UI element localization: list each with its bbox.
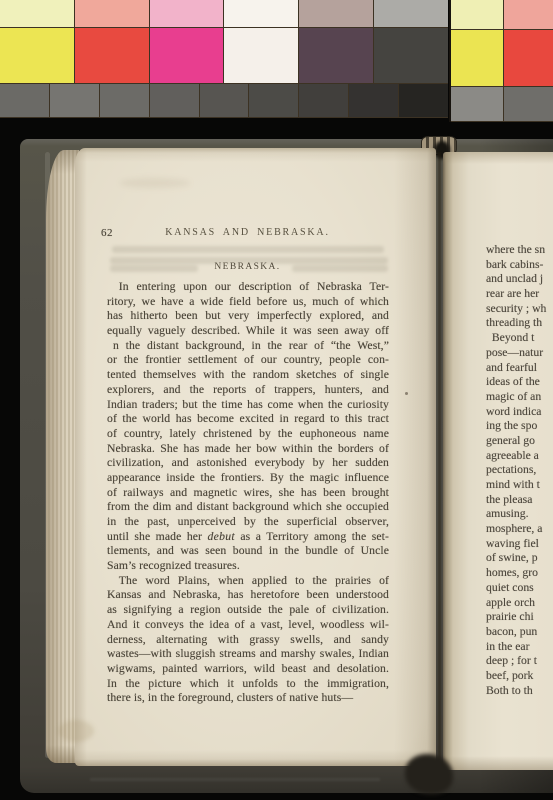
gray-step bbox=[200, 84, 249, 117]
paper-stain bbox=[58, 720, 94, 742]
ink-speck bbox=[405, 392, 408, 395]
text-line: ritory, we have a wide field before us, … bbox=[107, 295, 389, 310]
text-line-partial: mosphere, a bbox=[486, 522, 553, 537]
color-patch bbox=[299, 28, 373, 83]
text-line: wigwams, painted warriors, wild beast an… bbox=[107, 662, 389, 677]
text-line-partial: rear are her bbox=[486, 287, 553, 302]
text-line: of country, lately christened by the eup… bbox=[107, 427, 389, 442]
text-line-partial: threading th bbox=[486, 316, 553, 331]
cover-bottom-highlight bbox=[90, 778, 380, 781]
text-line: wastes—with sluggish streams and marshy … bbox=[107, 647, 389, 662]
color-patch bbox=[150, 0, 224, 27]
text-line: Nebraska. She has made her bow within th… bbox=[107, 442, 389, 457]
running-header: KANSAS AND NEBRASKA. bbox=[107, 227, 388, 238]
text-line-partial: Both to th bbox=[486, 684, 553, 699]
text-line: derness, alternating with grassy swells,… bbox=[107, 633, 389, 648]
text-line-partial: beef, pork bbox=[486, 669, 553, 684]
text-line: tlements, and was seen bound in the bund… bbox=[107, 544, 389, 559]
text-line-partial: quiet cons bbox=[486, 581, 553, 596]
text-line-partial: magic of an bbox=[486, 390, 553, 405]
paragraph-1-lines: In entering upon our description of Nebr… bbox=[107, 280, 389, 530]
section-heading: NEBRASKA. bbox=[107, 262, 388, 272]
color-patch bbox=[374, 28, 448, 83]
calibration-row-pale bbox=[0, 0, 448, 27]
calibration-grayscale bbox=[451, 87, 553, 121]
text-line-partial: waving fiel bbox=[486, 537, 553, 552]
color-patch bbox=[374, 0, 448, 27]
calibration-row-pale bbox=[451, 0, 553, 29]
text-line: appearance inside the frontiers. By the … bbox=[107, 471, 389, 486]
calibration-grayscale bbox=[0, 84, 448, 117]
right-page-body: where the snbark cabins-and unclad jrear… bbox=[486, 243, 553, 698]
text-line-partial: agreeable a bbox=[486, 449, 553, 464]
text-line-partial: amusing. bbox=[486, 507, 553, 522]
text-line-partial: the pleasa bbox=[486, 493, 553, 508]
color-patch bbox=[224, 28, 298, 83]
gray-step bbox=[249, 84, 298, 117]
color-patch bbox=[150, 28, 224, 83]
color-patch bbox=[451, 0, 503, 29]
text-run: until she made her bbox=[107, 530, 207, 543]
color-patch bbox=[224, 0, 298, 27]
text-line: of the world has become excited in regar… bbox=[107, 412, 389, 427]
text-line: Sam’s recognized treasures. bbox=[107, 559, 389, 574]
color-patch bbox=[0, 0, 74, 27]
color-patch bbox=[75, 0, 149, 27]
text-line: In the picture which it unfolds to the i… bbox=[107, 677, 389, 692]
text-line-partial: apple orch bbox=[486, 596, 553, 611]
gutter-crease bbox=[438, 152, 441, 764]
text-line: Kansas and Nebraska, has heretofore been… bbox=[107, 588, 389, 603]
text-line-partial: of swine, p bbox=[486, 551, 553, 566]
text-line-partial: Beyond t bbox=[486, 331, 553, 346]
text-line-partial: ing the spo bbox=[486, 419, 553, 434]
italic-word-debut: debut bbox=[207, 530, 234, 543]
text-line-partial: pectations, bbox=[486, 463, 553, 478]
gray-step bbox=[399, 84, 448, 117]
color-patch bbox=[451, 30, 503, 86]
text-line-partial: and fearful bbox=[486, 361, 553, 376]
text-line: civilization, and astonished everybody b… bbox=[107, 456, 389, 471]
text-line: n the distant background, in the rear of… bbox=[107, 339, 389, 354]
showthrough-ghost-line bbox=[112, 246, 384, 253]
text-line: from the dim and distant background whic… bbox=[107, 500, 389, 515]
text-run: as a Territory among the set- bbox=[235, 530, 389, 543]
color-patch bbox=[299, 0, 373, 27]
text-line-partial: word indica bbox=[486, 405, 553, 420]
text-line-partial: where the sn bbox=[486, 243, 553, 258]
color-patch bbox=[75, 28, 149, 83]
gray-step bbox=[50, 84, 99, 117]
gray-step bbox=[100, 84, 149, 117]
text-line-partial: bacon, pun bbox=[486, 625, 553, 640]
gray-step bbox=[150, 84, 199, 117]
text-line-partial: security ; wh bbox=[486, 302, 553, 317]
text-line-partial: ideas of the bbox=[486, 375, 553, 390]
text-line: as signifying a region outside the pale … bbox=[107, 603, 389, 618]
text-line: In entering upon our description of Nebr… bbox=[107, 280, 389, 295]
text-line: in the past, unperceived by the superfic… bbox=[107, 515, 389, 530]
text-line: equally vaguely described. While it was … bbox=[107, 324, 389, 339]
text-line: tented themselves with the random sketch… bbox=[107, 368, 389, 383]
paper-stain bbox=[120, 178, 190, 188]
text-line-partial: mind with t bbox=[486, 478, 553, 493]
gray-step bbox=[349, 84, 398, 117]
text-line-partial: pose—natur bbox=[486, 346, 553, 361]
color-patch bbox=[504, 30, 553, 86]
paragraph-2-lines: The word Plains, when applied to the pra… bbox=[107, 574, 389, 692]
calibration-target-secondary bbox=[449, 0, 553, 122]
text-line-partial: homes, gro bbox=[486, 566, 553, 581]
calibration-target-main bbox=[0, 0, 448, 118]
text-line-partial: prairie chi bbox=[486, 610, 553, 625]
gray-step bbox=[299, 84, 348, 117]
text-line: there is, in the foreground, clusters of… bbox=[107, 691, 389, 706]
color-patch bbox=[0, 28, 74, 83]
text-line-partial: bark cabins- bbox=[486, 258, 553, 273]
calibration-row-saturated bbox=[0, 28, 448, 83]
gray-step bbox=[0, 84, 49, 117]
text-line: Indian traders; but the time has come wh… bbox=[107, 398, 389, 413]
gutter-bottom-shadow bbox=[405, 754, 453, 794]
text-line-with-italic: until she made her debut as a Territory … bbox=[107, 530, 389, 545]
text-line: The word Plains, when applied to the pra… bbox=[107, 574, 389, 589]
text-line: explorers, and the reports of trappers, … bbox=[107, 383, 389, 398]
text-line: And it conveys the idea of a vast, level… bbox=[107, 618, 389, 633]
text-line: of railways and magnetic wires, she has … bbox=[107, 486, 389, 501]
color-patch bbox=[504, 0, 553, 29]
text-line-partial: and unclad j bbox=[486, 272, 553, 287]
gray-step bbox=[451, 87, 503, 121]
text-line: or the frontier settlement of our countr… bbox=[107, 353, 389, 368]
left-page-body: In entering upon our description of Nebr… bbox=[107, 280, 389, 706]
text-line-partial: in the ear bbox=[486, 640, 553, 655]
calibration-row-saturated bbox=[451, 30, 553, 86]
text-line-partial: general go bbox=[486, 434, 553, 449]
text-line-partial: deep ; for t bbox=[486, 654, 553, 669]
scanned-book-photo: 62 KANSAS AND NEBRASKA. NEBRASKA. In ent… bbox=[0, 0, 553, 800]
gray-step bbox=[504, 87, 553, 121]
text-line: has hitherto been but very imperfectly e… bbox=[107, 309, 389, 324]
